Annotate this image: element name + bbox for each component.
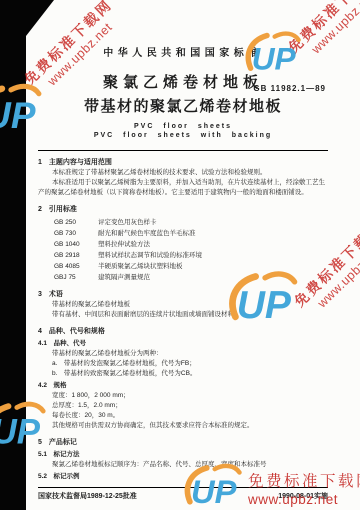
up-logo-icon: UP bbox=[226, 268, 300, 328]
up-logo-icon: UP bbox=[182, 461, 244, 510]
doc-title-en: PVC floor sheets bbox=[38, 123, 328, 130]
section-5-heading: 5 产品标记 bbox=[38, 437, 328, 448]
doc-subtitle-cn: 带基材的聚氯乙烯卷材地板 bbox=[38, 95, 328, 116]
watermark-bottom-banner: UP 免费标准下载网 www.upbz.net bbox=[182, 461, 360, 510]
header-rule bbox=[38, 150, 328, 151]
reference-name: 半硬质聚氯乙烯块状塑料地板 bbox=[98, 263, 183, 270]
standard-number: GB 11982.1—89 bbox=[253, 84, 326, 93]
reference-code: GB 1040 bbox=[54, 239, 98, 250]
spec-width: 宽度：1 800，2 000 mm； bbox=[38, 391, 328, 401]
reference-name: 评定变色用灰色样卡 bbox=[98, 219, 157, 226]
reference-name: 塑料试样状态调节和试验的标准环境 bbox=[98, 252, 202, 259]
reference-row: GB 730耐光和耐气候色牢度蓝色羊毛标准 bbox=[38, 228, 328, 239]
svg-text:UP: UP bbox=[0, 95, 36, 136]
section-1-paragraph: 本标准适用于以聚氯乙烯树脂为主要原料，并加入适当助剂，在片状连续基材上，经涂敷工… bbox=[38, 178, 328, 188]
section-4-item-a: a. 带基材的发泡聚氯乙烯卷材地板，代号为FB； bbox=[38, 359, 328, 369]
section-4-paragraph: 带基材的聚氯乙烯卷材地板分为两种： bbox=[38, 349, 328, 359]
section-1-heading: 1 主题内容与适用范围 bbox=[38, 157, 328, 168]
reference-code: GB 730 bbox=[54, 228, 98, 239]
reference-code: GB 250 bbox=[54, 217, 98, 228]
reference-row: GB 250评定变色用灰色样卡 bbox=[38, 217, 328, 228]
section-1-paragraph: 本标准规定了带基材聚氯乙烯卷材地板的技术要求、试验方法和检验规则。 bbox=[38, 168, 328, 178]
spec-roll-length: 每卷长度：20，30 m。 bbox=[38, 411, 328, 421]
section-4-2-heading: 4.2 规格 bbox=[38, 381, 328, 391]
section-4-paragraph: 其他规格可由供需双方协商确定，但其技术要求应符合本标准的规定。 bbox=[38, 421, 328, 431]
reference-row: GB 2918塑料试样状态调节和试验的标准环境 bbox=[38, 250, 328, 261]
reference-code: GBJ 75 bbox=[54, 272, 98, 283]
up-logo-icon: UP bbox=[243, 28, 303, 78]
watermark-bottom-text: 免费标准下载网 www.upbz.net bbox=[248, 469, 360, 507]
up-logo-icon: UP bbox=[0, 398, 48, 453]
watermark-site-url: www.upbz.net bbox=[248, 492, 360, 507]
svg-text:UP: UP bbox=[252, 40, 297, 76]
section-4-item-b: b. 带基材的致密聚氯乙烯卷材地板，代号为CB。 bbox=[38, 369, 328, 379]
section-4-1-heading: 4.1 品种、代号 bbox=[38, 339, 328, 349]
section-5-1-heading: 5.1 标记方法 bbox=[38, 450, 328, 460]
spec-thickness: 总厚度：1.5，2.0 mm； bbox=[38, 401, 328, 411]
svg-text:UP: UP bbox=[237, 284, 292, 327]
reference-code: GB 4085 bbox=[54, 261, 98, 272]
section-1-paragraph: 产的聚氯乙烯卷材地板（以下简称卷材地板）。它主要适用于建筑物内一般的地面和楼面铺… bbox=[38, 188, 328, 198]
reference-code: GB 2918 bbox=[54, 250, 98, 261]
svg-text:UP: UP bbox=[0, 413, 41, 452]
reference-row: GB 1040塑料拉伸试验方法 bbox=[38, 239, 328, 250]
reference-name: 塑料拉伸试验方法 bbox=[98, 241, 150, 248]
up-logo-icon: UP bbox=[0, 80, 44, 138]
scanned-page-canvas: 中华人民共和国国家标准 聚氯乙烯卷材地板 带基材的聚氯乙烯卷材地板 PVC fl… bbox=[0, 0, 360, 510]
reference-name: 建筑隔声测量规范 bbox=[98, 274, 150, 281]
watermark-site-name: 免费标准下载网 bbox=[248, 469, 360, 491]
reference-name: 耐光和耐气候色牢度蓝色羊毛标准 bbox=[98, 230, 196, 237]
doc-subtitle-en: PVC floor sheets with backing bbox=[38, 132, 328, 139]
approval-text: 国家技术监督局1989-12-25批准 bbox=[38, 491, 137, 501]
svg-text:UP: UP bbox=[191, 473, 237, 510]
section-2-heading: 2 引用标准 bbox=[38, 204, 328, 215]
